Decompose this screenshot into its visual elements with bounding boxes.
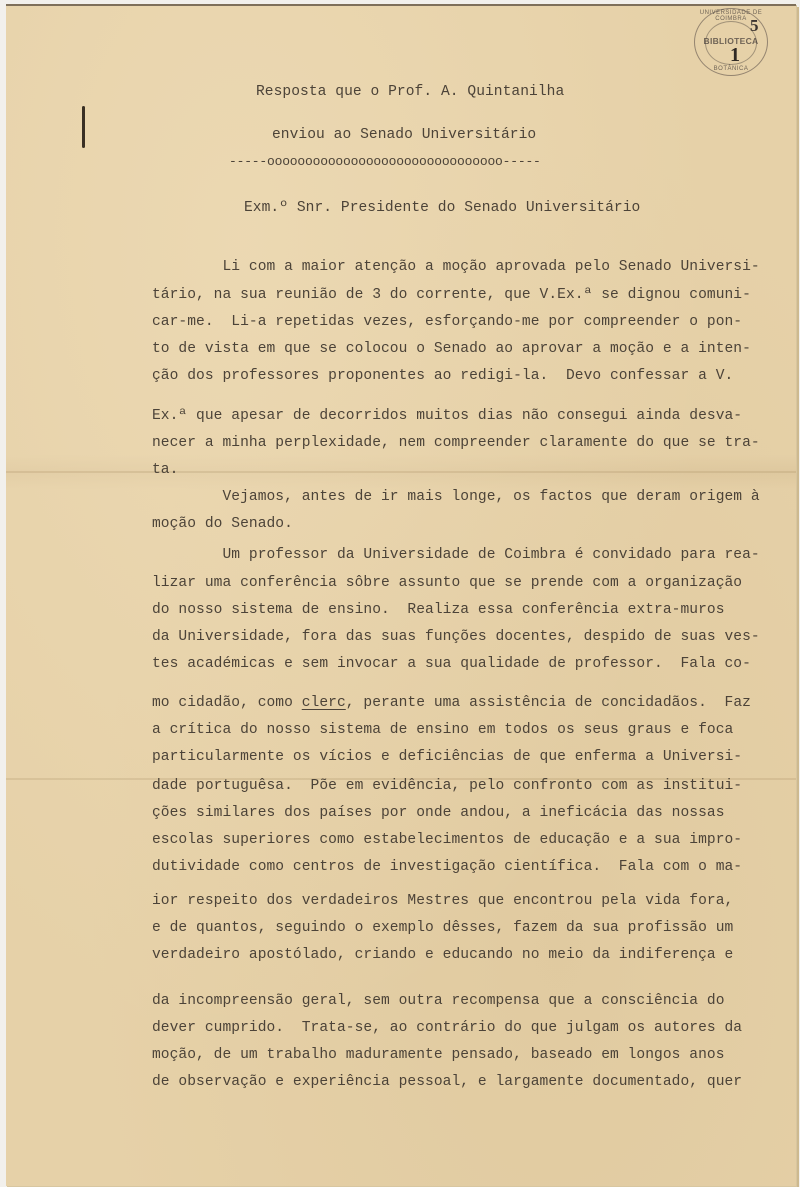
- salutation: Exm.º Snr. Presidente do Senado Universi…: [244, 200, 640, 216]
- text-line: moção, de um trabalho maduramente pensad…: [152, 1047, 725, 1063]
- text-line: particularmente os vícios e deficiências…: [152, 749, 742, 765]
- text-line: do nosso sistema de ensino. Realiza essa…: [152, 602, 725, 618]
- paper-fold-line: [6, 471, 796, 473]
- text-line: to de vista em que se colocou o Senado a…: [152, 341, 751, 357]
- text-line: tário, na sua reunião de 3 do corrente, …: [152, 287, 751, 303]
- text-line: da incompreensão geral, sem outra recomp…: [152, 993, 725, 1009]
- text-line: dutividade como centros de investigação …: [152, 859, 742, 875]
- text-line: Ex.ª que apesar de decorridos muitos dia…: [152, 408, 742, 424]
- page-number: 5: [750, 16, 759, 36]
- text-line: da Universidade, fora das suas funções d…: [152, 629, 760, 645]
- underlined-word: clerc: [302, 695, 346, 711]
- heading-line-1: Resposta que o Prof. A. Quintanilha: [256, 84, 564, 100]
- text-line: de observação e experiência pessoal, e l…: [152, 1074, 742, 1090]
- text-line: escolas superiores como estabelecimentos…: [152, 832, 742, 848]
- text-line: ior respeito dos verdadeiros Mestres que…: [152, 893, 733, 909]
- text-line: car-me. Li-a repetidas vezes, esforçando…: [152, 314, 742, 330]
- text-line: mo cidadão, como clerc, perante uma assi…: [152, 695, 751, 711]
- text-line: dade portuguêsa. Põe em evidência, pelo …: [152, 778, 742, 794]
- text-line: a crítica do nosso sistema de ensino em …: [152, 722, 733, 738]
- text-line: lizar uma conferência sôbre assunto que …: [152, 575, 742, 591]
- heading-separator: -----ooooooooooooooooooooooooooooooo----…: [229, 154, 541, 169]
- text-line: ção dos professores proponentes ao redig…: [152, 368, 733, 384]
- margin-ink-mark: [82, 106, 85, 148]
- text-line: tes académicas e sem invocar a sua quali…: [152, 656, 751, 672]
- text-line: necer a minha perplexidade, nem compreen…: [152, 435, 760, 451]
- text-line: verdadeiro apostólado, criando e educand…: [152, 947, 733, 963]
- text-line: Vejamos, antes de ir mais longe, os fact…: [152, 489, 760, 505]
- handwritten-mark: 1: [730, 44, 740, 67]
- text-line: moção do Senado.: [152, 516, 293, 532]
- heading-line-2: enviou ao Senado Universitário: [272, 127, 536, 143]
- text-line: Li com a maior atenção a moção aprovada …: [152, 259, 760, 275]
- text-line: dever cumprido. Trata-se, ao contrário d…: [152, 1020, 742, 1036]
- text-line: ta.: [152, 462, 178, 478]
- text-line: ções similares dos países por onde andou…: [152, 805, 725, 821]
- text-line: e de quantos, seguindo o exemplo dêsses,…: [152, 920, 733, 936]
- text-line: Um professor da Universidade de Coimbra …: [152, 547, 760, 563]
